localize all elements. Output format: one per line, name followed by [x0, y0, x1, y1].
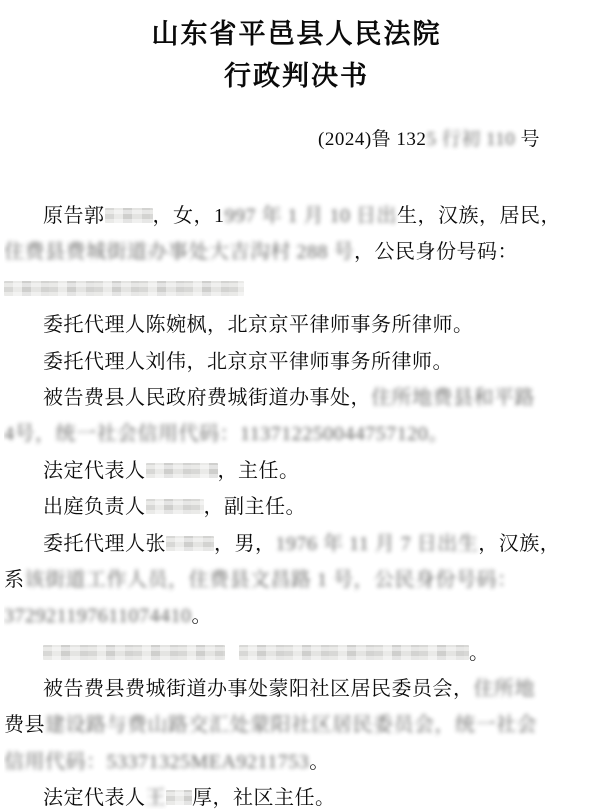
document-line: 法定代表人，主任。 [4, 453, 587, 489]
text-segment: ，男， [214, 533, 276, 555]
text-segment: 。 [309, 751, 330, 773]
text-segment: 委托代理人陈婉枫，北京京平律师事务所律师。 [43, 314, 474, 336]
document-line: 出庭负责人，副主任。 [4, 489, 587, 525]
blurred-segment: 信用代码：53371325MEA9211753 [4, 751, 309, 773]
text-segment: 法定代表人 [43, 460, 146, 482]
text-segment: 费县 [4, 714, 45, 736]
text-segment: 出庭负责人 [43, 496, 146, 518]
text-segment: ，主任。 [218, 460, 300, 482]
text-segment: 厚，社区主任。 [192, 787, 336, 809]
document-line: 委托代理人刘伟，北京京平律师事务所律师。 [4, 344, 587, 380]
document-line: 被告费县费城街道办事处蒙阳社区居民委员会，住所地 [4, 671, 587, 707]
document-line: 费县建设路与费山路交汇处蒙阳社区居民委员会，统一社会 [4, 707, 587, 743]
document-line: 委托代理人张，男，1976 年 11 月 7 日出生，汉族， [4, 526, 587, 562]
gap [225, 658, 239, 659]
document-line: 原告郭，女，1997 年 1 月 10 日出生，汉族，居民， [4, 198, 587, 234]
document-line: 委托代理人陈婉枫，北京京平律师事务所律师。 [4, 307, 587, 343]
blurred-segment: 建设路与费山路交汇处蒙阳社区居民委员会，统一社会 [45, 714, 537, 736]
redacted-segment [4, 281, 244, 296]
document-line: 住费县费城街道办事处大吉沟村 288 号，公民身份号码： [4, 234, 587, 270]
text-segment: ，副主任。 [204, 496, 307, 518]
redacted-segment [239, 645, 469, 660]
judgment-document: 山东省平邑县人民法院 行政判决书 (2024)鲁 1325 行初 110 号 原… [0, 0, 593, 809]
document-line: 。 [4, 635, 587, 671]
text-segment: 委托代理人刘伟，北京京平律师事务所律师。 [43, 351, 453, 373]
text-segment: 被告费县费城街道办事处蒙阳社区居民委员会， [43, 678, 474, 700]
document-body: 原告郭，女，1997 年 1 月 10 日出生，汉族，居民，住费县费城街道办事处… [4, 198, 587, 809]
blurred-segment: 住所地 [474, 678, 536, 700]
document-line: 系该街道工作人员，住费县文昌路 1 号，公民身份号码： [4, 562, 587, 598]
text-segment: 。 [469, 642, 490, 664]
court-name-title: 山东省平邑县人民法院 [0, 13, 593, 55]
document-line: 法定代表人王厚，社区主任。 [4, 780, 587, 809]
redacted-segment [166, 790, 192, 805]
blurred-segment: 王 [146, 787, 167, 809]
blurred-segment: 4号，统一社会信用代码：113712250044757120。 [4, 423, 449, 445]
text-segment: ，公民身份号码： [354, 241, 518, 263]
text-segment: 系 [4, 569, 25, 591]
redacted-segment [43, 645, 225, 660]
text-segment: 号 [515, 129, 540, 150]
blurred-segment: 该街道工作人员，住费县文昌路 1 号，公民身份号码： [25, 569, 518, 591]
blurred-segment: 997 年 1 月 10 日出 [225, 205, 398, 227]
text-segment: 。 [192, 605, 213, 627]
document-line: 信用代码：53371325MEA9211753。 [4, 744, 587, 780]
document-line [4, 271, 587, 307]
redacted-segment [166, 536, 214, 551]
text-segment: 委托代理人张 [43, 533, 166, 555]
blurred-segment: 372921197611074410 [4, 605, 192, 627]
text-segment: (2024)鲁 132 [318, 129, 426, 150]
document-header: 山东省平邑县人民法院 行政判决书 [0, 0, 593, 97]
document-line: 被告费县人民政府费城街道办事处，住所地费县和平路 [4, 380, 587, 416]
text-segment: 原告郭 [43, 205, 105, 227]
text-segment: 生，汉族，居民， [397, 205, 561, 227]
redacted-segment [146, 463, 218, 478]
case-number-line: (2024)鲁 1325 行初 110 号 [0, 125, 593, 155]
text-segment: ，汉族， [478, 533, 560, 555]
text-segment: 被告费县人民政府费城街道办事处， [43, 387, 371, 409]
blurred-segment: 住费县费城街道办事处大吉沟村 288 号 [4, 241, 354, 263]
text-segment: ，女，1 [153, 205, 225, 227]
redacted-segment [146, 499, 204, 514]
blurred-segment: 5 行初 110 [426, 129, 515, 150]
document-type-title: 行政判决书 [0, 55, 593, 97]
blurred-segment: 住所地费县和平路 [371, 387, 535, 409]
blurred-segment: 1976 年 11 月 7 日出生 [276, 533, 479, 555]
redacted-segment [105, 208, 153, 223]
document-line: 372921197611074410。 [4, 598, 587, 634]
document-line: 4号，统一社会信用代码：113712250044757120。 [4, 416, 587, 452]
text-segment: 法定代表人 [43, 787, 146, 809]
